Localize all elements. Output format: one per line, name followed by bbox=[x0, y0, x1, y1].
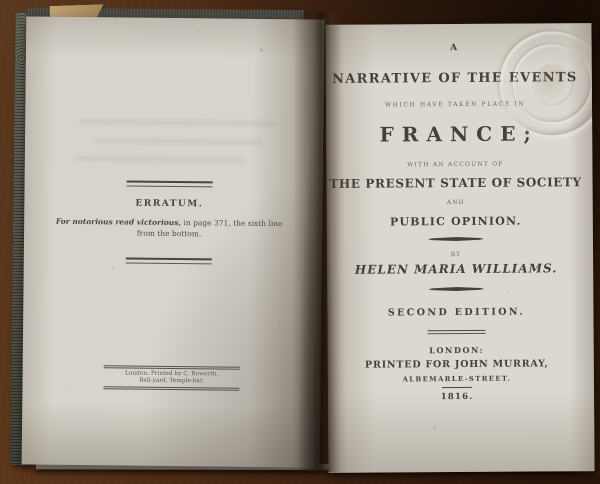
account-label: WITH AN ACCOUNT OF bbox=[326, 160, 584, 169]
swelled-rule bbox=[327, 286, 585, 292]
imprint-street: ALBEMARLE-STREET. bbox=[328, 374, 586, 384]
erratum-correction: For notorious read victorious, bbox=[56, 217, 181, 227]
title-page: A NARRATIVE OF THE EVENTS WHICH HAVE TAK… bbox=[325, 23, 594, 473]
embossed-library-stamp-icon bbox=[499, 31, 594, 136]
conjunction: AND bbox=[327, 198, 585, 207]
subject-line-2: PUBLIC OPINION. bbox=[327, 214, 585, 229]
swelled-rule bbox=[327, 236, 585, 242]
thin-rule bbox=[328, 386, 586, 389]
by-label: BY bbox=[327, 250, 585, 259]
imprint-year: 1816. bbox=[328, 391, 586, 403]
show-through-smudge bbox=[73, 156, 246, 163]
imprint-city: LONDON: bbox=[328, 344, 586, 356]
edition-statement: SECOND EDITION. bbox=[327, 306, 585, 319]
double-rule bbox=[328, 329, 586, 335]
show-through-smudge bbox=[79, 119, 276, 126]
open-book-photograph: ERRATUM. For notorious read victorious, … bbox=[0, 0, 600, 484]
printer-imprint-line2: Bell-yard, Temple-bar. bbox=[106, 377, 238, 385]
imprint-publisher: PRINTED FOR JOHN MURRAY, bbox=[328, 358, 586, 371]
author-name: HELEN MARIA WILLIAMS. bbox=[327, 261, 585, 277]
erratum-text: For notorious read victorious, in page 3… bbox=[24, 215, 314, 240]
erratum-bottom-rule bbox=[24, 256, 314, 265]
show-through-smudge bbox=[94, 138, 264, 145]
printer-imprint-box: London: Printed by C. Roworth, Bell-yard… bbox=[103, 365, 239, 390]
erratum-top-rule bbox=[25, 179, 315, 188]
left-page: ERRATUM. For notorious read victorious, … bbox=[22, 16, 325, 467]
subject-line-1: THE PRESENT STATE OF SOCIETY bbox=[327, 175, 585, 191]
erratum-heading: ERRATUM. bbox=[24, 197, 314, 210]
